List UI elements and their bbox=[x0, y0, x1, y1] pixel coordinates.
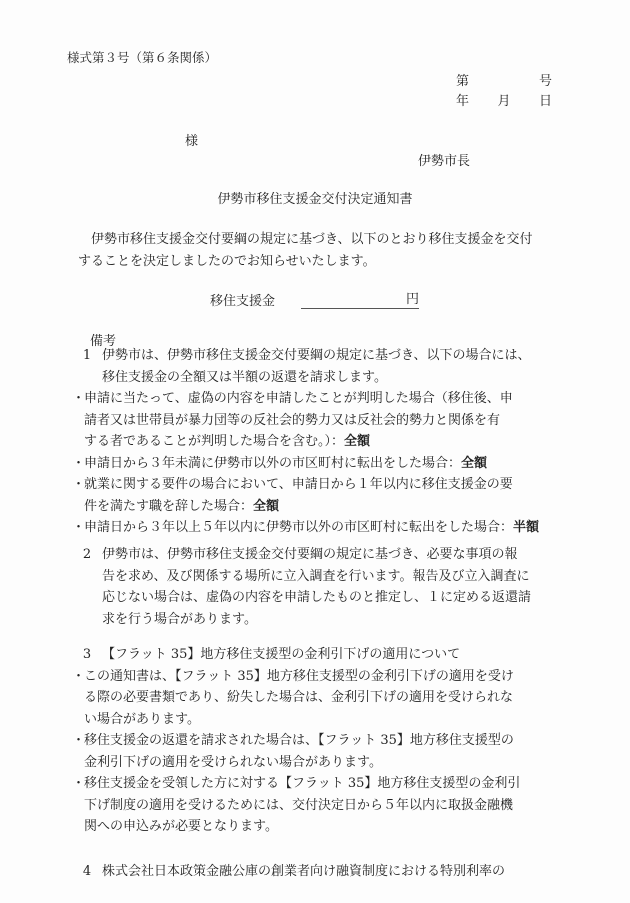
section-number: 1 bbox=[72, 345, 102, 367]
bullet-icon: ・ bbox=[72, 773, 84, 838]
amount-unit: 円 bbox=[406, 292, 419, 307]
remarks-section-2: 2 伊勢市は、伊勢市移住支援金交付要綱の規定に基づき、必要な事項の報 告を求め、… bbox=[72, 544, 562, 630]
bullet-text: 移住支援金を受領した方に対する【フラット 35】地方移住支援型の金利引 下げ制度… bbox=[84, 773, 562, 838]
date-day: 日 bbox=[539, 90, 552, 109]
remarks-section-3: 3 【フラット 35】地方移住支援型の金利引下げの適用について ・ この通知書は… bbox=[72, 644, 562, 838]
date-year: 年 bbox=[456, 90, 469, 109]
bullet-item: ・ 申請日から３年以上５年以内に伊勢市以外の市区町村に転出をした場合：半額 bbox=[72, 517, 562, 539]
bullet-icon: ・ bbox=[72, 453, 84, 475]
bullet-line: る際の必要書類であり、紛失した場合は、金利引下げの適用を受けられな bbox=[84, 690, 513, 705]
section-line: 求を行う場合があります。 bbox=[102, 612, 257, 627]
bullet-item: ・ 就業に関する要件の場合において、申請日から１年以内に移住支援金の要 件を満た… bbox=[72, 474, 562, 517]
body-line-1: 伊勢市移住支援金交付要綱の規定に基づき、以下のとおり移住支援金を交付 bbox=[78, 229, 558, 251]
section-text: 伊勢市は、伊勢市移住支援金交付要綱の規定に基づき、以下の場合には、 bbox=[102, 345, 562, 367]
bullet-item: ・ 移住支援金を受領した方に対する【フラット 35】地方移住支援型の金利引 下げ… bbox=[72, 773, 562, 838]
section-line: 告を求め、及び関係する場所に立入調査を行います。報告及び立入調査に bbox=[102, 569, 529, 584]
section-3-heading: 3 【フラット 35】地方移住支援型の金利引下げの適用について bbox=[72, 644, 562, 666]
refund-amount: 全額 bbox=[344, 434, 370, 449]
section-number: 2 bbox=[72, 544, 102, 566]
document-title: 伊勢市移住支援金交付決定通知書 bbox=[0, 188, 630, 207]
form-number: 様式第３号（第６条関係） bbox=[67, 48, 217, 66]
bullet-line: 就業に関する要件の場合において、申請日から１年以内に移住支援金の要 bbox=[84, 477, 513, 492]
issue-date: 年 月 日 bbox=[456, 90, 552, 109]
bullet-text: 就業に関する要件の場合において、申請日から１年以内に移住支援金の要 件を満たす職… bbox=[84, 474, 562, 517]
bullet-text: 申請日から３年以上５年以内に伊勢市以外の市区町村に転出をした場合：半額 bbox=[84, 517, 562, 539]
section-text-cont: 移住支援金の全額又は半額の返還を請求します。 bbox=[72, 367, 562, 389]
doc-no-suffix: 号 bbox=[539, 70, 552, 89]
addressee: 様 bbox=[185, 130, 198, 149]
bullet-line: 申請日から３年以上５年以内に伊勢市以外の市区町村に転出をした場合： bbox=[84, 520, 513, 535]
section-number: 3 bbox=[72, 644, 102, 666]
bullet-line: 関への申込みが必要となります。 bbox=[84, 819, 278, 834]
refund-amount: 半額 bbox=[513, 520, 539, 535]
bullet-line: 移住支援金の返還を請求された場合は、【フラット 35】地方移住支援型の bbox=[84, 733, 514, 748]
document-number: 第 号 bbox=[456, 70, 552, 89]
date-month: 月 bbox=[497, 90, 510, 109]
bullet-item: ・ 移住支援金の返還を請求された場合は、【フラット 35】地方移住支援型の 金利… bbox=[72, 730, 562, 773]
doc-no-prefix: 第 bbox=[456, 70, 469, 89]
bullet-line: する者であることが判明した場合を含む。）： bbox=[84, 434, 344, 449]
section-line: 応じない場合は、虚偽の内容を申請したものと推定し、１に定める返還請 bbox=[102, 590, 531, 605]
bullet-line: 件を満たす職を辞した場合： bbox=[84, 499, 253, 514]
section-1-heading: 1 伊勢市は、伊勢市移住支援金交付要綱の規定に基づき、以下の場合には、 bbox=[72, 345, 562, 367]
bullet-icon: ・ bbox=[72, 388, 84, 453]
bullet-line: この通知書は、【フラット 35】地方移住支援型の金利引下げの適用を受け bbox=[84, 669, 514, 684]
amount-field: 円 bbox=[301, 291, 419, 309]
refund-amount: 全額 bbox=[461, 456, 487, 471]
section-2-heading: 2 伊勢市は、伊勢市移住支援金交付要綱の規定に基づき、必要な事項の報 bbox=[72, 544, 562, 566]
bullet-line: 金利引下げの適用を受けられない場合があります。 bbox=[84, 755, 382, 770]
section-4-heading: 4 株式会社日本政策金融公庫の創業者向け融資制度における特別利率の bbox=[72, 861, 562, 883]
bullet-line: 移住支援金を受領した方に対する【フラット 35】地方移住支援型の金利引 bbox=[84, 776, 520, 791]
section-text: 株式会社日本政策金融公庫の創業者向け融資制度における特別利率の bbox=[102, 861, 562, 883]
bullet-icon: ・ bbox=[72, 730, 84, 773]
bullet-line: 申請日から３年未満に伊勢市以外の市区町村に転出をした場合： bbox=[84, 456, 461, 471]
bullet-text: この通知書は、【フラット 35】地方移住支援型の金利引下げの適用を受け る際の必… bbox=[84, 666, 562, 731]
bullet-line: 請者又は世帯員が暴力団等の反社会的勢力又は反社会的勢力と関係を有 bbox=[84, 413, 500, 428]
section-text: 伊勢市は、伊勢市移住支援金交付要綱の規定に基づき、必要な事項の報 bbox=[102, 544, 562, 566]
bullet-icon: ・ bbox=[72, 517, 84, 539]
section-number: 4 bbox=[72, 861, 102, 883]
body-line-2: することを決定しましたのでお知らせいたします。 bbox=[78, 251, 558, 273]
bullet-icon: ・ bbox=[72, 666, 84, 731]
amount-label: 移住支援金 bbox=[210, 290, 275, 309]
body-paragraph: 伊勢市移住支援金交付要綱の規定に基づき、以下のとおり移住支援金を交付 することを… bbox=[78, 229, 558, 273]
bullet-text: 申請に当たって、虚偽の内容を申請したことが判明した場合（移住後、申 請者又は世帯… bbox=[84, 388, 562, 453]
remarks-section-1: 1 伊勢市は、伊勢市移住支援金交付要綱の規定に基づき、以下の場合には、 移住支援… bbox=[72, 345, 562, 539]
bullet-item: ・ この通知書は、【フラット 35】地方移住支援型の金利引下げの適用を受け る際… bbox=[72, 666, 562, 731]
bullet-text: 申請日から３年未満に伊勢市以外の市区町村に転出をした場合：全額 bbox=[84, 453, 562, 475]
section-heading: 【フラット 35】地方移住支援型の金利引下げの適用について bbox=[102, 644, 562, 666]
bullet-item: ・ 申請日から３年未満に伊勢市以外の市区町村に転出をした場合：全額 bbox=[72, 453, 562, 475]
bullet-line: い場合があります。 bbox=[84, 712, 200, 727]
bullet-text: 移住支援金の返還を請求された場合は、【フラット 35】地方移住支援型の 金利引下… bbox=[84, 730, 562, 773]
bullet-icon: ・ bbox=[72, 474, 84, 517]
bullet-line: 下げ制度の適用を受けるためには、交付決定日から５年以内に取扱金融機 bbox=[84, 798, 513, 813]
section-text-cont: 告を求め、及び関係する場所に立入調査を行います。報告及び立入調査に 応じない場合… bbox=[72, 566, 562, 631]
remarks-section-4: 4 株式会社日本政策金融公庫の創業者向け融資制度における特別利率の bbox=[72, 861, 562, 883]
issuer: 伊勢市長 bbox=[418, 150, 470, 169]
amount-row: 移住支援金 円 bbox=[210, 290, 419, 309]
bullet-line: 申請に当たって、虚偽の内容を申請したことが判明した場合（移住後、申 bbox=[84, 391, 513, 406]
bullet-item: ・ 申請に当たって、虚偽の内容を申請したことが判明した場合（移住後、申 請者又は… bbox=[72, 388, 562, 453]
refund-amount: 全額 bbox=[253, 499, 279, 514]
